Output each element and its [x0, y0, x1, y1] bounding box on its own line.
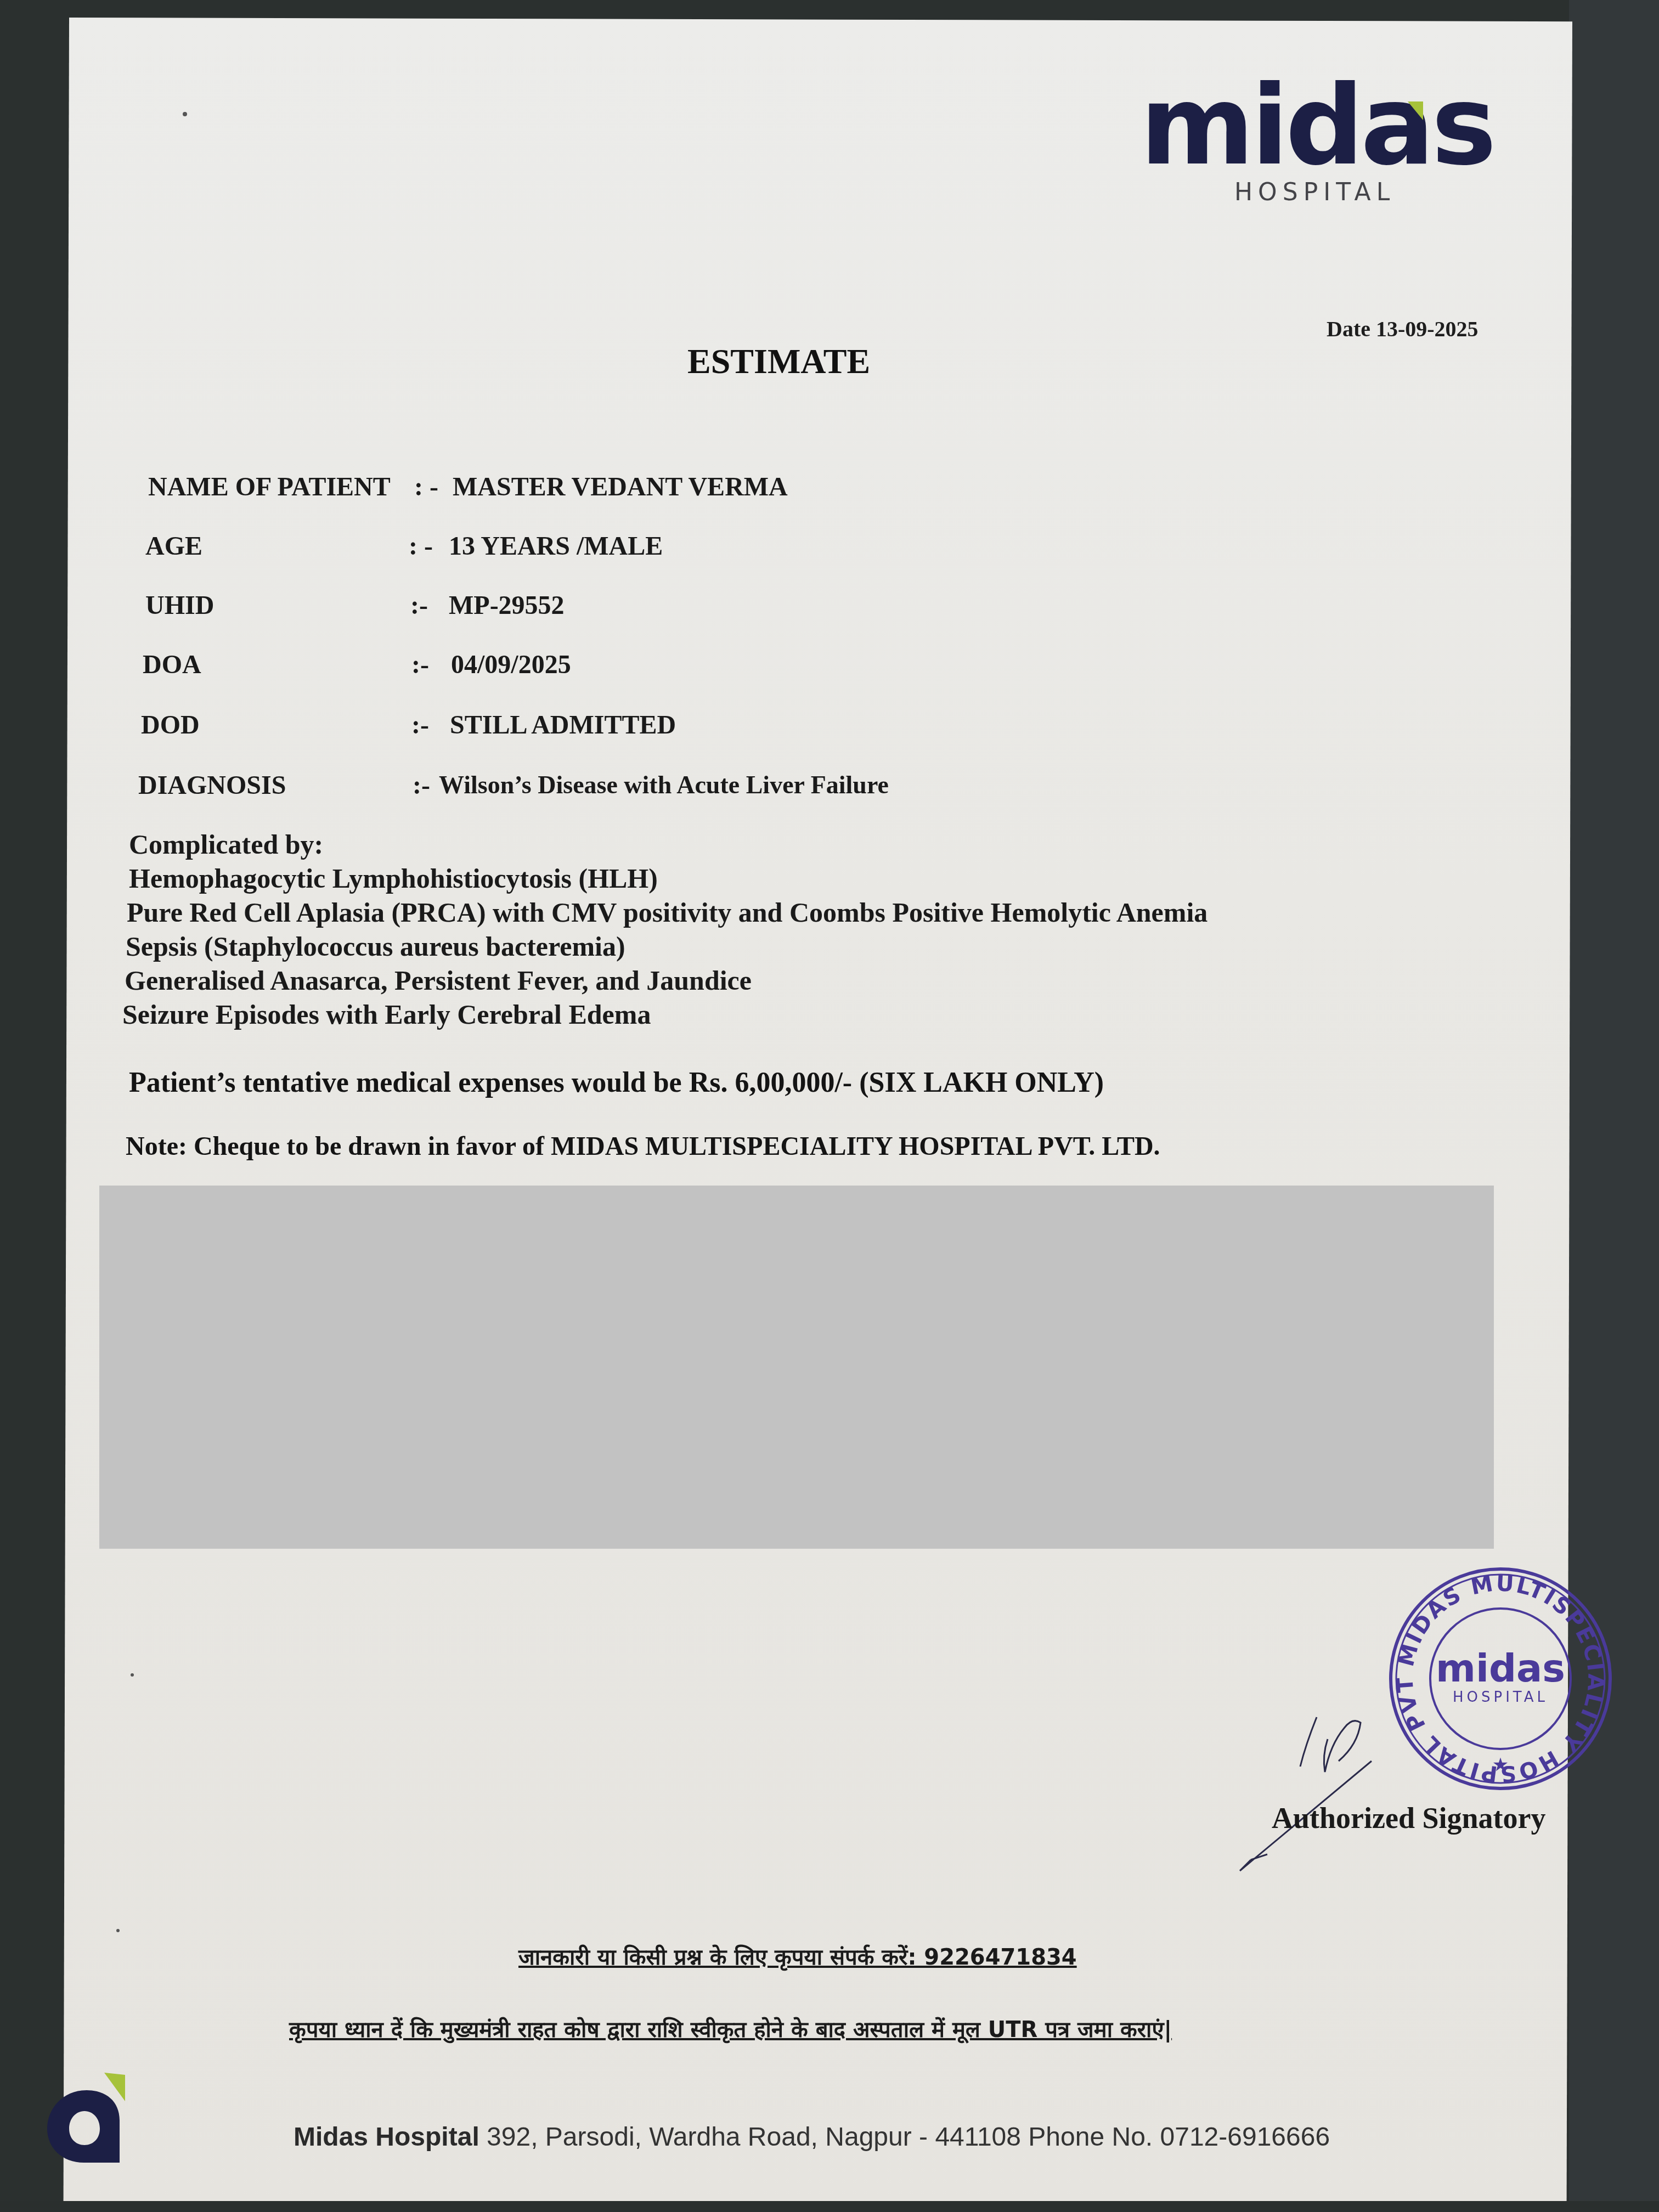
paper-speck	[116, 1929, 120, 1932]
complication-item: Generalised Anasarca, Persistent Fever, …	[125, 963, 1207, 997]
field-separator: :-	[411, 650, 429, 680]
complication-item: Seizure Episodes with Early Cerebral Ede…	[122, 997, 1207, 1031]
contact-notice-hindi: जानकारी या किसी प्रश्न के लिए कृपया संपर…	[518, 1941, 1077, 1971]
field-value: STILL ADMITTED	[450, 710, 676, 740]
page-title: ESTIMATE	[687, 341, 870, 382]
document-date: Date 13-09-2025	[1327, 316, 1479, 342]
background-surface	[1569, 0, 1659, 2212]
background-surface	[0, 2201, 1659, 2212]
field-separator: : -	[409, 531, 433, 561]
complication-item: Sepsis (Staphylococcus aureus bacteremia…	[126, 929, 1207, 963]
expense-statement: Patient’s tentative medical expenses wou…	[129, 1066, 1104, 1099]
field-separator: :-	[413, 770, 430, 800]
paper-speck	[131, 1673, 134, 1677]
field-value: MASTER VEDANT VERMA	[453, 472, 788, 502]
field-value: Wilson’s Disease with Acute Liver Failur…	[439, 770, 889, 799]
field-label: DIAGNOSIS	[138, 770, 286, 800]
field-separator: :-	[410, 590, 428, 620]
hospital-stamp-icon: MIDAS MULTISPECIALITY HOSPITAL PVT. LTD.…	[1380, 1558, 1621, 1799]
complications-heading: Complicated by:	[129, 827, 1207, 861]
complications-list: Complicated by: Hemophagocytic Lymphohis…	[129, 827, 1207, 1031]
cheque-note: Note: Cheque to be drawn in favor of MID…	[126, 1131, 1160, 1161]
midas-logo-icon	[43, 2068, 131, 2167]
complication-item: Pure Red Cell Aplasia (PRCA) with CMV po…	[127, 895, 1207, 929]
field-value: 04/09/2025	[451, 650, 571, 680]
redacted-block	[99, 1186, 1494, 1549]
logo-accent-icon	[1408, 101, 1423, 120]
hospital-logo: midas HOSPITAL	[1140, 80, 1502, 206]
field-separator: :-	[411, 710, 429, 740]
field-label: DOD	[141, 710, 200, 740]
utr-notice-hindi: कृपया ध्यान दें कि मुख्यमंत्री राहत कोष …	[289, 2013, 1172, 2044]
hospital-address: Midas Hospital 392, Parsodi, Wardha Road…	[294, 2122, 1330, 2152]
svg-text:midas: midas	[1436, 1646, 1565, 1691]
logo-wordmark: midas	[1140, 80, 1502, 173]
field-label: NAME OF PATIENT	[148, 472, 391, 502]
field-label: AGE	[145, 531, 202, 561]
field-value: 13 YEARS /MALE	[449, 531, 663, 561]
paper-speck	[183, 112, 187, 116]
field-value: MP-29552	[449, 590, 565, 620]
field-separator: : -	[414, 472, 438, 502]
complication-item: Hemophagocytic Lymphohistiocytosis (HLH)	[129, 861, 1207, 895]
field-label: UHID	[145, 590, 214, 620]
svg-text:★: ★	[1492, 1754, 1509, 1776]
field-label: DOA	[143, 650, 201, 680]
svg-text:HOSPITAL: HOSPITAL	[1453, 1689, 1548, 1706]
authorized-signatory-label: Authorized Signatory	[1272, 1801, 1546, 1835]
